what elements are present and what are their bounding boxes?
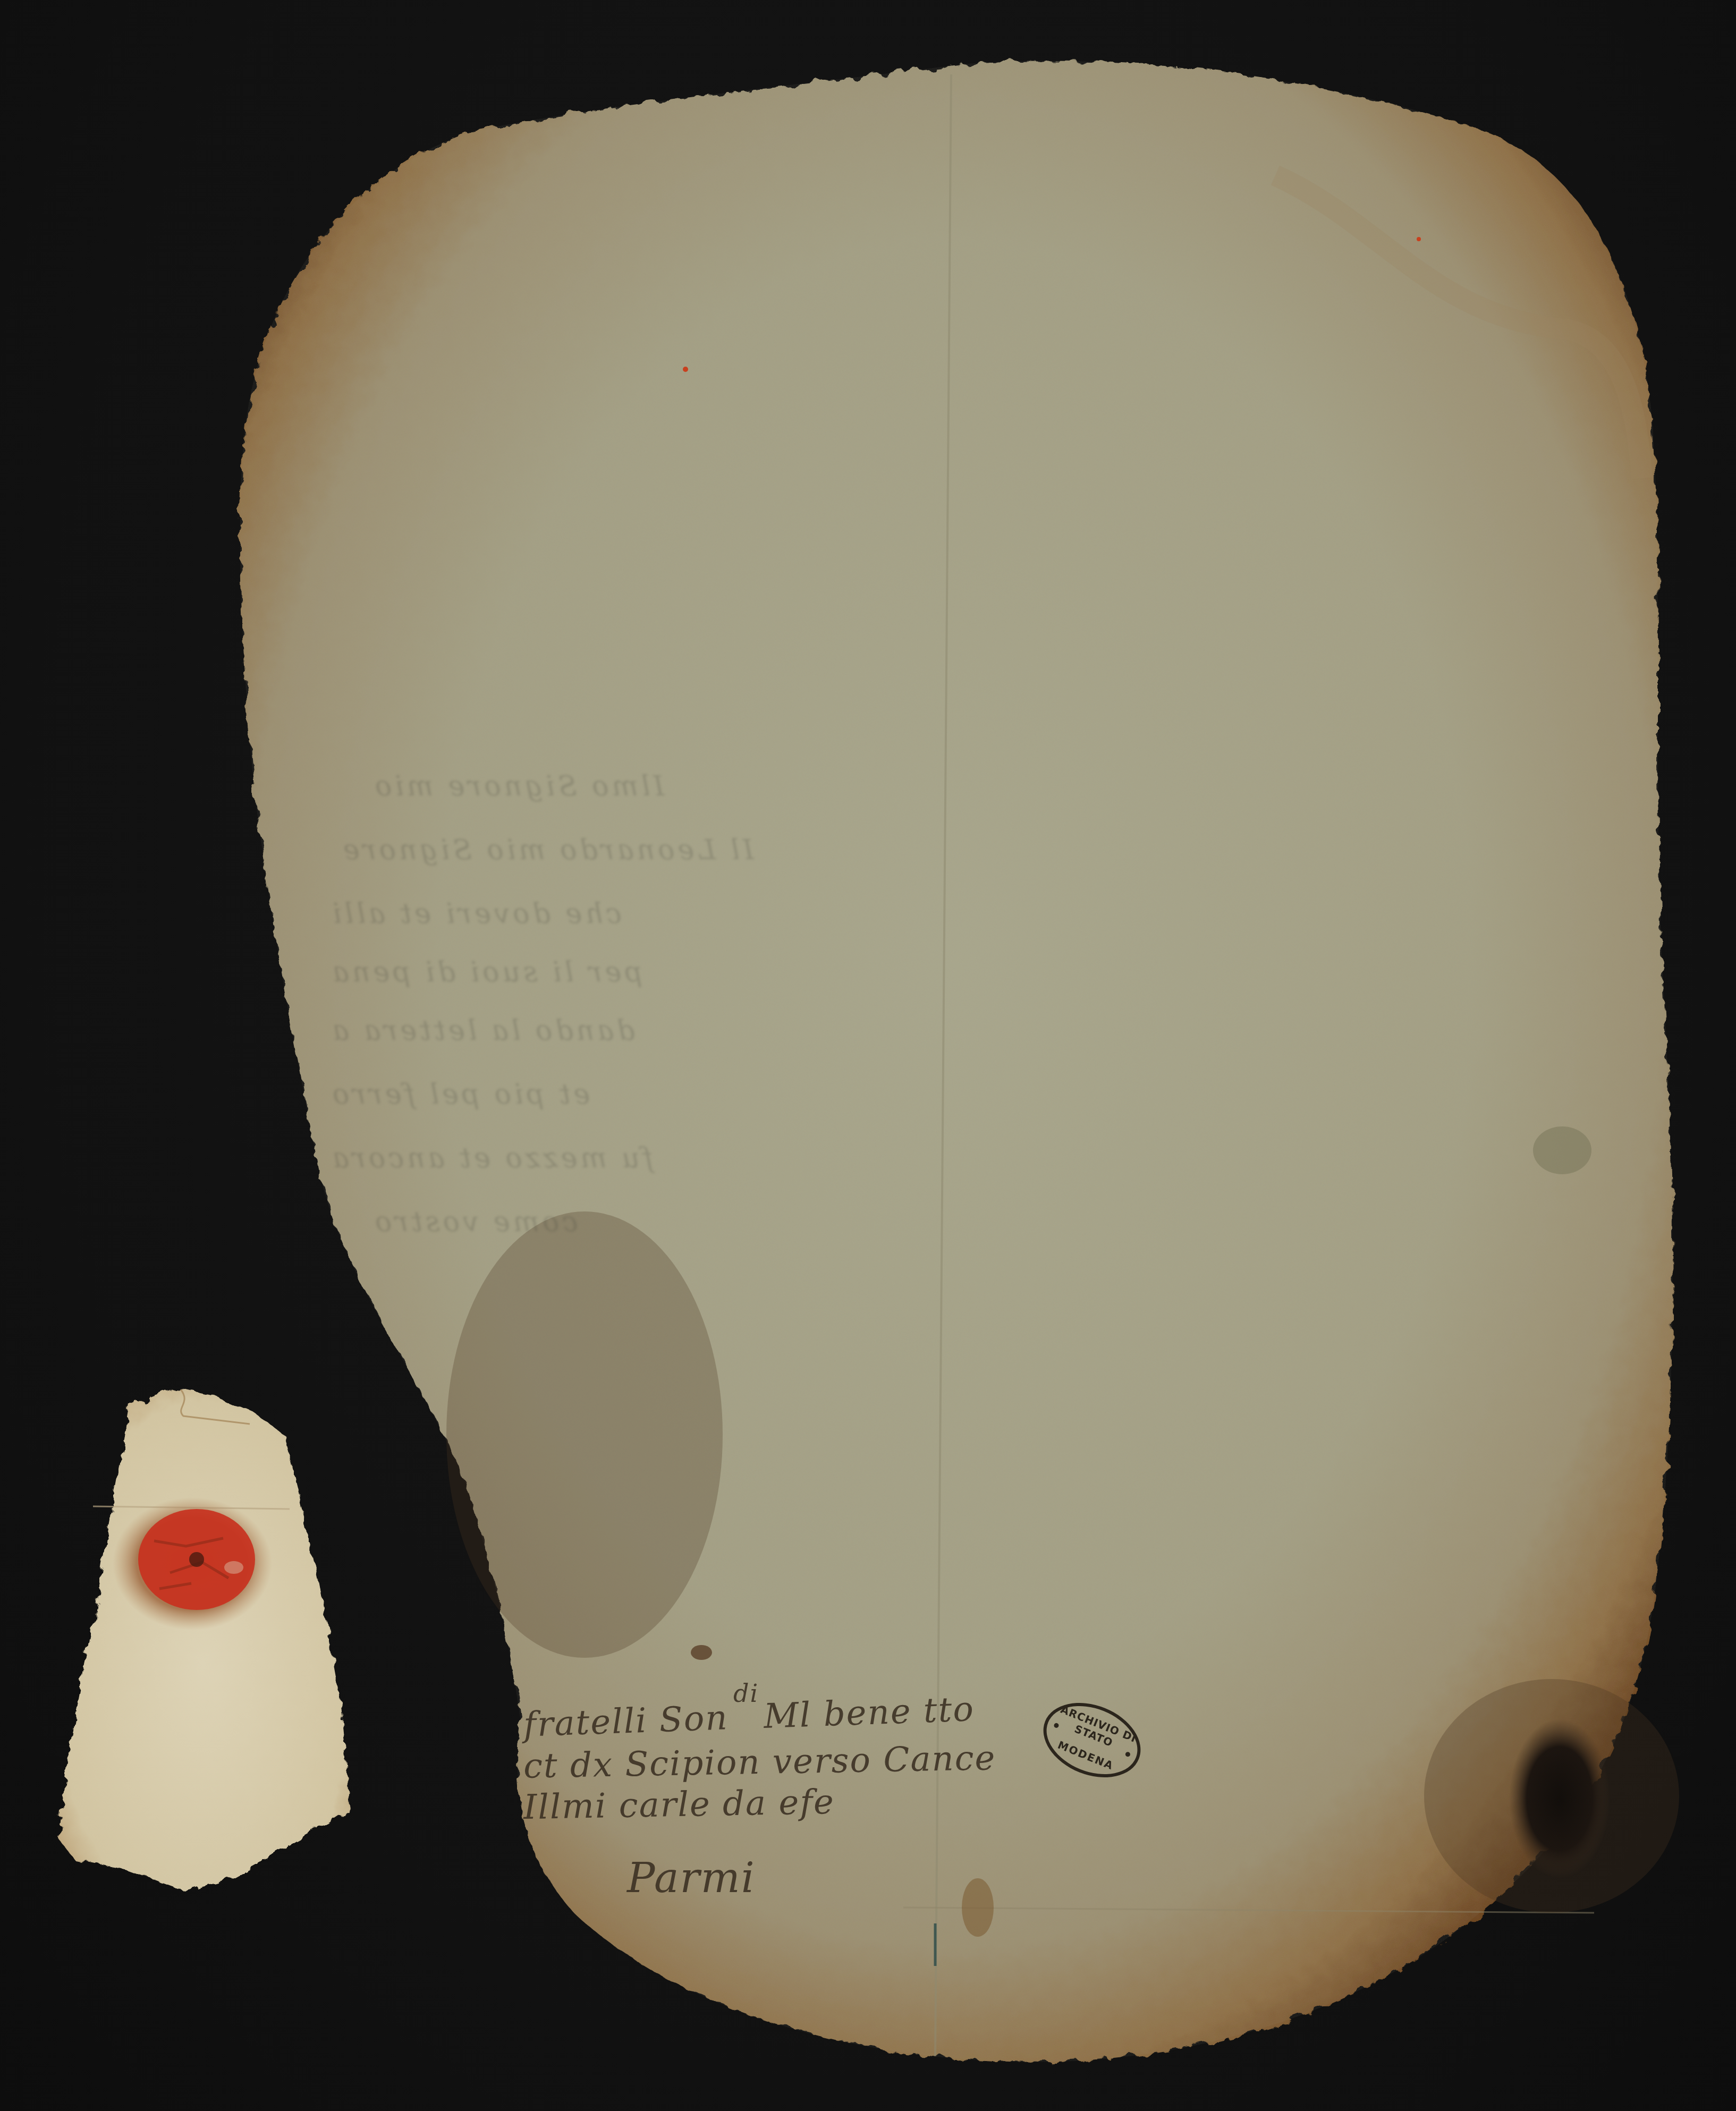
- address-line-2: ct dx Scipion verso Cance: [523, 1739, 996, 1786]
- red-wax-seal: [138, 1509, 255, 1610]
- showthrough-line: come vostro: [372, 1206, 578, 1238]
- showthrough-line: et pio pel ferro: [329, 1079, 590, 1110]
- showthrough-line: Il Leonardo mio Signore: [340, 834, 754, 866]
- address-superscript: di: [733, 1679, 759, 1708]
- burn-shadow-left: [446, 1211, 723, 1658]
- document-artwork: [0, 0, 1736, 2111]
- stain-spot: [1533, 1126, 1591, 1174]
- showthrough-line: Ilmo Signore mio: [372, 770, 664, 802]
- seal-fragment: [58, 1387, 351, 1892]
- address-destination-parma: Parmi: [627, 1854, 756, 1902]
- showthrough-line: che doveri et alli: [329, 898, 622, 930]
- rust-spot: [962, 1878, 994, 1937]
- ink-spot: [691, 1645, 712, 1660]
- showthrough-line: per li suoi di pena: [329, 956, 642, 988]
- burn-hole: [1509, 1719, 1610, 1878]
- showthrough-line: dando la lettera a: [329, 1015, 634, 1047]
- red-fleck: [683, 367, 688, 372]
- address-line-3: Illmi carle da efe: [523, 1783, 835, 1827]
- showthrough-line: fu mezzo et ancora: [329, 1142, 653, 1174]
- red-fleck-2: [1417, 237, 1421, 241]
